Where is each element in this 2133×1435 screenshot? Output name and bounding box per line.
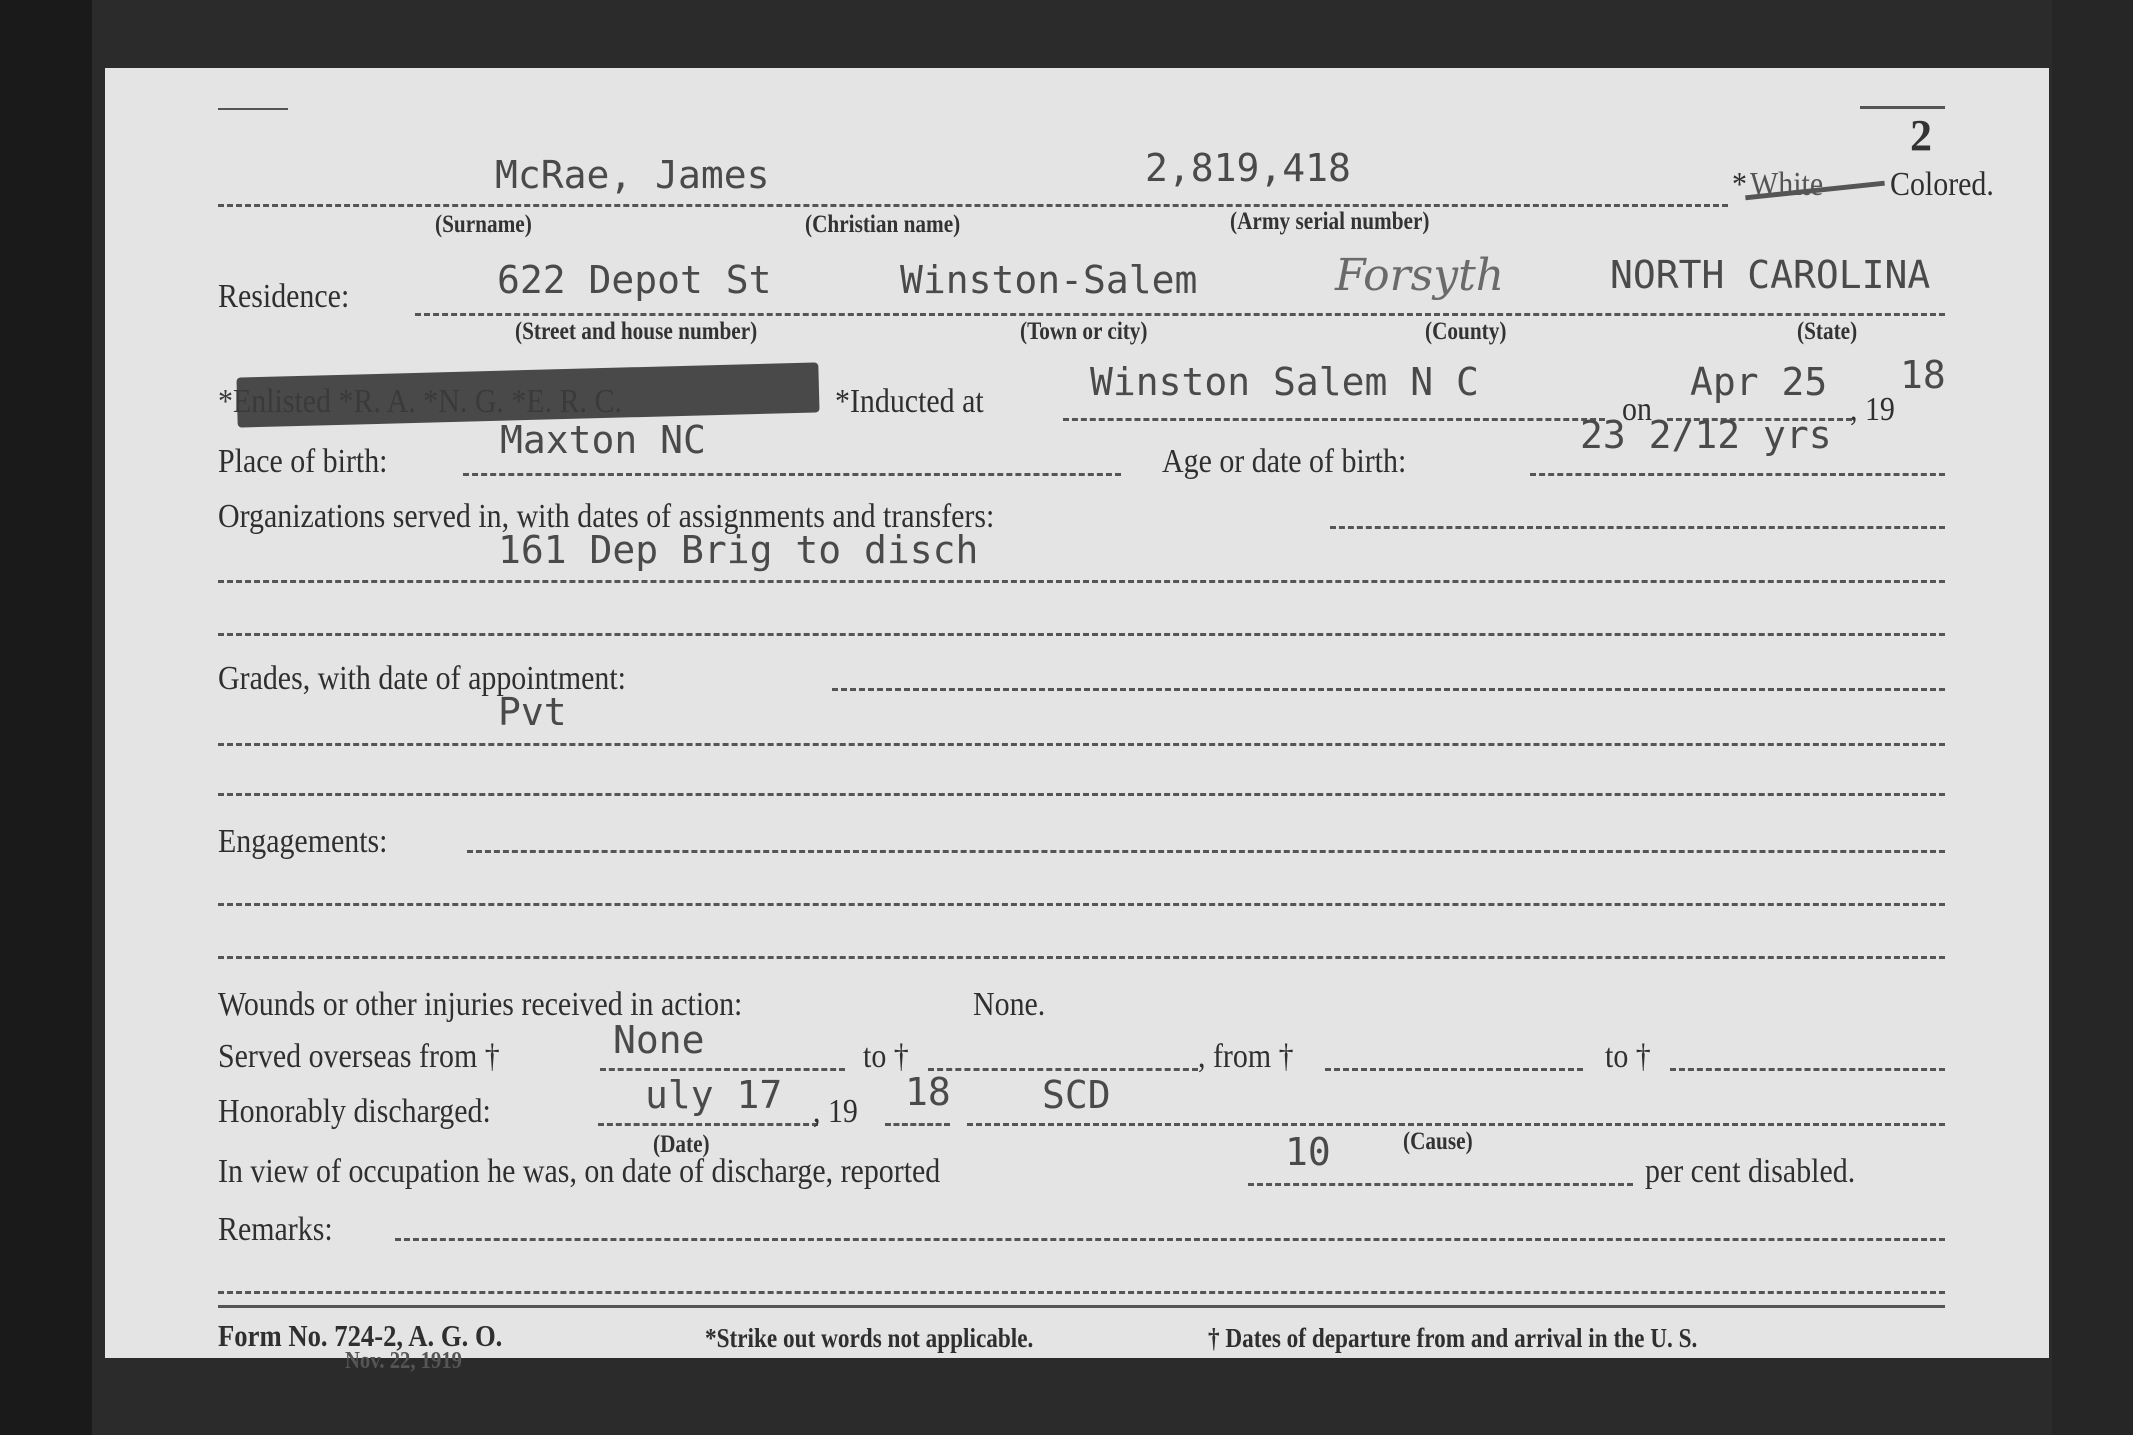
disability-percent: 10 <box>1285 1130 1331 1174</box>
residence-state: NORTH CAROLINA <box>1610 253 1930 297</box>
remarks-label: Remarks: <box>218 1211 333 1249</box>
residence-label: Residence: <box>218 278 349 316</box>
remarks-line-1 <box>395 1238 1945 1241</box>
cause-caption: (Cause) <box>1403 1128 1473 1156</box>
grades-line-1 <box>832 688 1945 691</box>
discharge-year-line <box>885 1123 950 1126</box>
age-line <box>1530 473 1945 476</box>
discharge-year-prefix: , 19 <box>813 1093 858 1131</box>
engagements-line-1 <box>467 850 1945 853</box>
footer-rule <box>218 1305 1945 1308</box>
surname-caption: (Surname) <box>435 211 532 239</box>
page-number-rule <box>1860 106 1945 109</box>
engagements-line-2 <box>218 903 1945 906</box>
christian-name-caption: (Christian name) <box>805 211 960 239</box>
induction-date: Apr 25 <box>1690 360 1827 404</box>
page-number: 2 <box>1910 110 1932 161</box>
race-option-colored: Colored. <box>1890 166 1994 204</box>
engagements-line-3 <box>218 956 1945 959</box>
serial-number-value: 2,819,418 <box>1145 146 1351 190</box>
overseas-to-label: to † <box>863 1038 909 1076</box>
disability-suffix: per cent disabled. <box>1645 1153 1855 1191</box>
organizations-line-2 <box>218 580 1945 583</box>
disability-label: In view of occupation he was, on date of… <box>218 1153 940 1191</box>
inducted-at-label: *Inducted at <box>835 383 984 421</box>
induction-year: 18 <box>1900 353 1946 397</box>
town-caption: (Town or city) <box>1020 318 1148 346</box>
discharge-date: uly 17 <box>645 1073 782 1117</box>
discharge-label: Honorably discharged: <box>218 1093 491 1131</box>
overseas-from-line <box>600 1068 845 1071</box>
residence-line <box>415 313 1945 316</box>
footnote-strike-out: *Strike out words not applicable. <box>705 1323 1033 1354</box>
overseas-to2-line <box>1670 1068 1945 1071</box>
overseas-to2-label: to † <box>1605 1038 1651 1076</box>
organizations-line-1 <box>1330 526 1945 529</box>
county-caption: (County) <box>1425 318 1506 346</box>
inducted-at-line <box>1063 418 1605 421</box>
scanner-background-right <box>2052 0 2133 1435</box>
discharge-date-line <box>598 1123 818 1126</box>
residence-street: 622 Depot St <box>497 258 772 302</box>
state-caption: (State) <box>1797 318 1857 346</box>
residence-county: Forsyth <box>1335 250 1504 301</box>
scanner-background-left <box>0 0 92 1435</box>
service-record-card: 2 McRae, James 2,819,418 * White Colored… <box>105 68 2049 1358</box>
grades-value: Pvt <box>498 690 567 734</box>
organizations-line-3 <box>218 633 1945 636</box>
overseas-from-label: Served overseas from † <box>218 1038 500 1076</box>
overseas-from2-label: , from † <box>1198 1038 1294 1076</box>
organizations-value: 161 Dep Brig to disch <box>498 528 978 572</box>
inducted-at-place: Winston Salem N C <box>1090 360 1479 404</box>
name-line <box>218 204 1728 207</box>
engagements-label: Engagements: <box>218 823 388 861</box>
induction-year-prefix: , 19 <box>1850 391 1895 429</box>
place-of-birth-value: Maxton NC <box>500 418 706 462</box>
age-label: Age or date of birth: <box>1162 443 1406 481</box>
enlistment-options-struck: *Enlisted *R. A. *N. G. *E. R. C. <box>218 383 622 421</box>
grades-line-2 <box>218 743 1945 746</box>
top-left-mark <box>218 108 288 110</box>
street-caption: (Street and house number) <box>515 318 757 346</box>
overseas-to-line <box>928 1068 1198 1071</box>
form-date: Nov. 22, 1919 <box>345 1348 462 1375</box>
serial-caption: (Army serial number) <box>1230 208 1429 236</box>
overseas-from-value: None <box>613 1018 705 1062</box>
place-of-birth-label: Place of birth: <box>218 443 388 481</box>
overseas-from2-line <box>1325 1068 1583 1071</box>
remarks-line-2 <box>218 1291 1945 1294</box>
place-of-birth-line <box>463 473 1121 476</box>
wounds-value: None. <box>973 986 1045 1024</box>
age-value: 23 2/12 yrs <box>1580 413 1832 457</box>
grades-line-3 <box>218 793 1945 796</box>
disability-line <box>1248 1183 1633 1186</box>
residence-town: Winston-Salem <box>900 258 1197 302</box>
discharge-year: 18 <box>905 1070 951 1114</box>
discharge-cause: SCD <box>1042 1073 1111 1117</box>
footnote-dates: † Dates of departure from and arrival in… <box>1208 1323 1697 1354</box>
discharge-cause-line <box>967 1123 1945 1126</box>
name-value: McRae, James <box>495 153 770 197</box>
